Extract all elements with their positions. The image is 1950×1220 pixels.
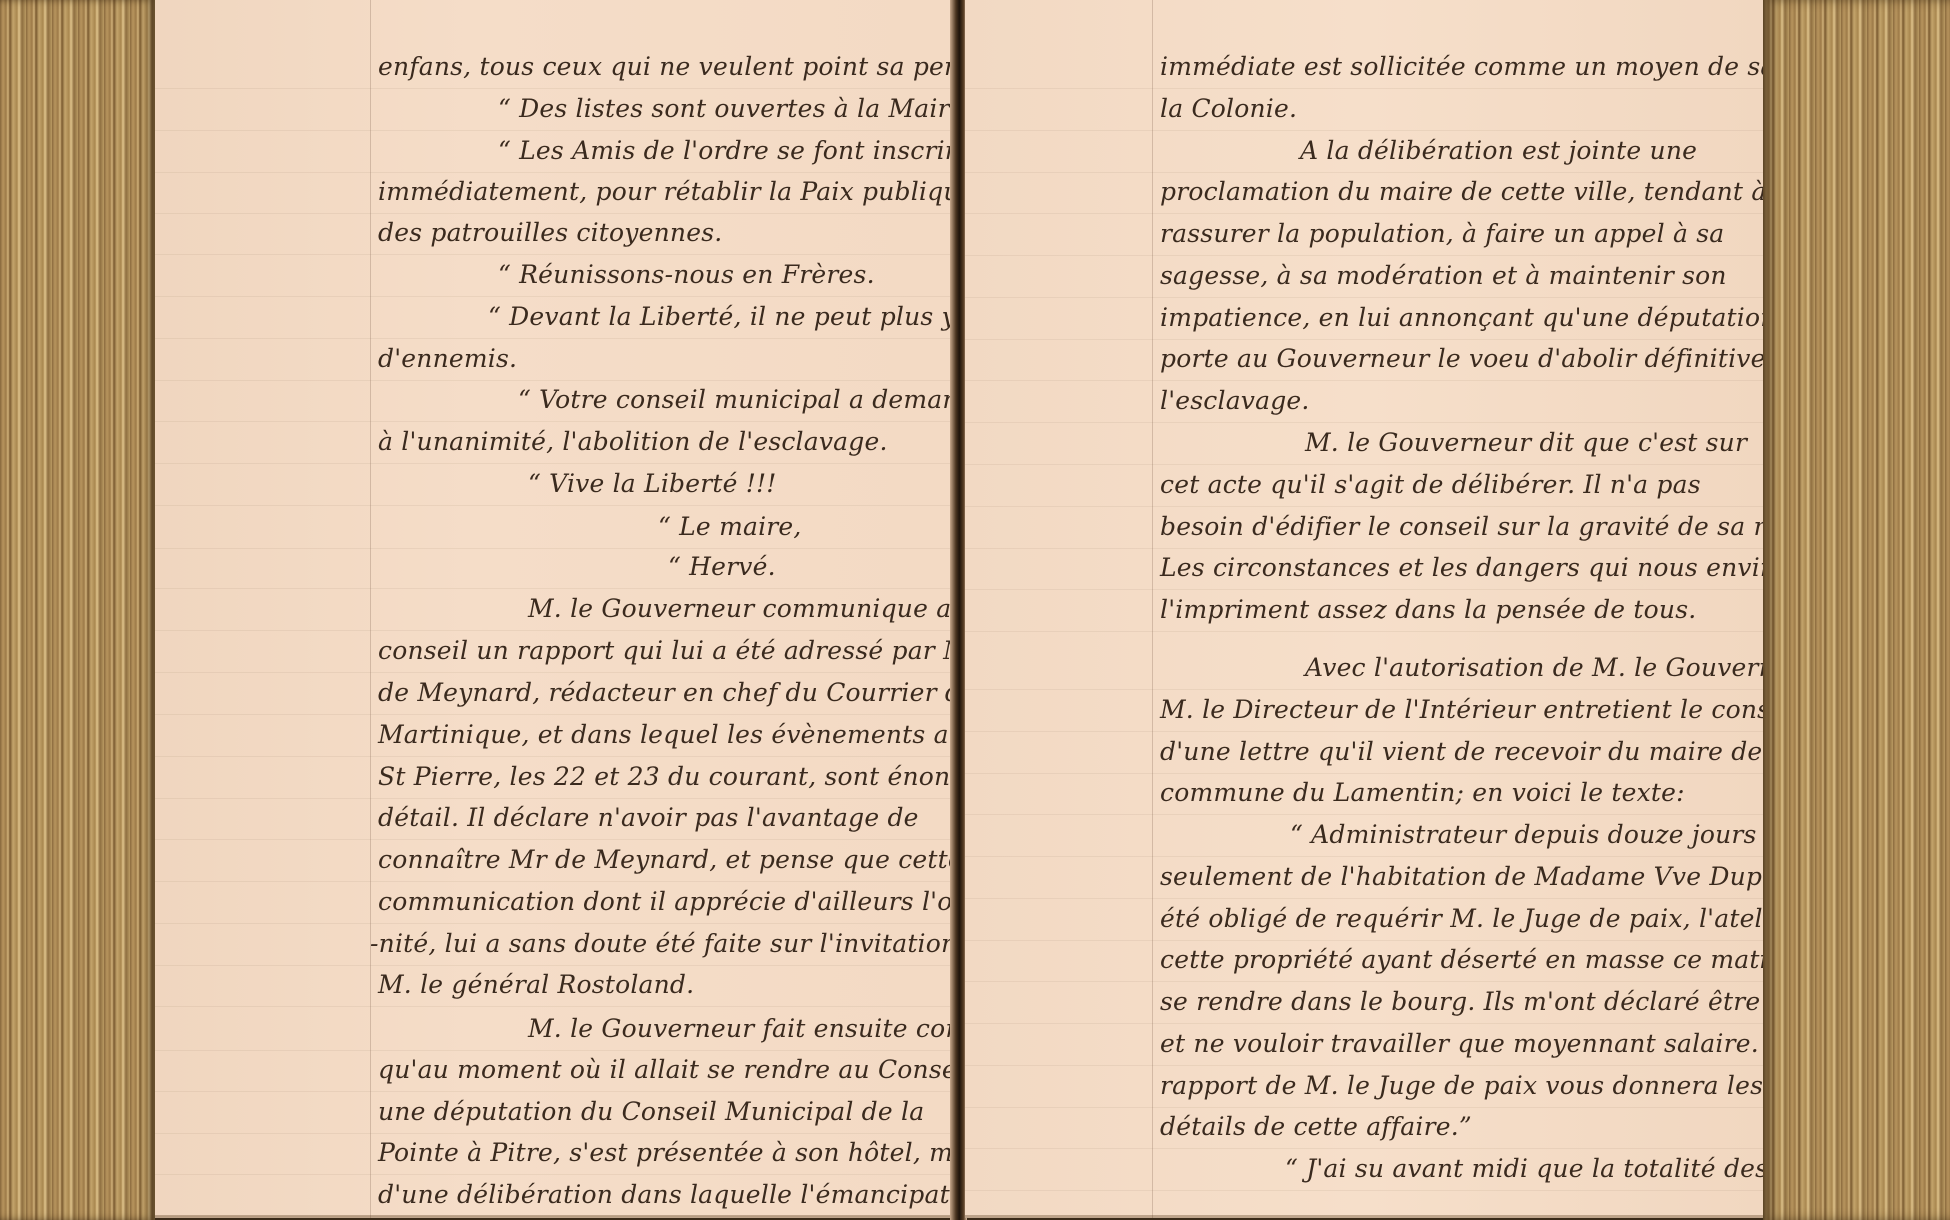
right-margin-rule — [1152, 0, 1153, 1218]
manuscript-line: enfans, tous ceux qui ne veulent point s… — [378, 52, 990, 81]
manuscript-line: immédiatement, pour rétablir la Paix pub… — [378, 177, 1026, 206]
manuscript-line: proclamation du maire de cette ville, te… — [1160, 177, 1766, 206]
manuscript-line: communication dont il apprécie d'ailleur… — [378, 887, 1048, 916]
open-register-book: enfans, tous ceux qui ne veulent point s… — [0, 0, 1950, 1220]
manuscript-line: Pointe à Pitre, s'est présentée à son hô… — [378, 1138, 1009, 1167]
manuscript-line: “ Les Amis de l'ordre se font inscrire, — [498, 136, 980, 165]
manuscript-line: “ Vive la Liberté !!! — [528, 469, 777, 498]
manuscript-line: impatience, en lui annonçant qu'une dépu… — [1160, 303, 1777, 332]
right-page-text: immédiate est sollicitée comme un moyen … — [1160, 0, 1760, 1218]
manuscript-line: une députation du Conseil Municipal de l… — [378, 1097, 924, 1126]
right-page-edges — [1763, 0, 1950, 1220]
manuscript-line: Avec l'autorisation de M. le Gouverneur, — [1305, 653, 1824, 682]
manuscript-line: A la délibération est jointe une — [1300, 136, 1697, 165]
manuscript-line: sagesse, à sa modération et à maintenir … — [1160, 261, 1727, 290]
manuscript-line: seulement de l'habitation de Madame Vve … — [1160, 862, 1844, 891]
manuscript-line: se rendre dans le bourg. Ils m'ont décla… — [1160, 987, 1849, 1016]
manuscript-line: porte au Gouverneur le voeu d'abolir déf… — [1160, 344, 1831, 373]
manuscript-line: d'ennemis. — [378, 344, 517, 373]
manuscript-line: cette propriété ayant déserté en masse c… — [1160, 945, 1852, 974]
manuscript-line: “ Des listes sont ouvertes à la Mairie. — [498, 94, 981, 123]
manuscript-line: “ Votre conseil municipal a demandé, — [518, 385, 998, 414]
manuscript-line: M. le Directeur de l'Intérieur entretien… — [1160, 695, 1802, 724]
left-page-text: enfans, tous ceux qui ne veulent point s… — [378, 0, 948, 1218]
manuscript-line: M. le Gouverneur communique au — [528, 594, 968, 623]
left-page: enfans, tous ceux qui ne veulent point s… — [155, 0, 952, 1218]
manuscript-line: détails de cette affaire.” — [1160, 1112, 1472, 1141]
manuscript-line: et ne vouloir travailler que moyennant s… — [1160, 1029, 1799, 1058]
manuscript-line: M. le général Rostoland. — [378, 970, 694, 999]
manuscript-line: de Meynard, rédacteur en chef du Courrie… — [378, 678, 1008, 707]
manuscript-line: Martinique, et dans lequel les évènement… — [378, 720, 1047, 749]
manuscript-line: commune du Lamentin; en voici le texte: — [1160, 778, 1685, 807]
manuscript-line: d'une délibération dans laquelle l'émanc… — [378, 1180, 990, 1209]
manuscript-line: à l'unanimité, l'abolition de l'esclavag… — [378, 427, 888, 456]
manuscript-line: la Colonie. — [1160, 94, 1297, 123]
manuscript-line: d'une lettre qu'il vient de recevoir du … — [1160, 737, 1794, 766]
manuscript-line: “ Le maire, — [658, 512, 802, 541]
manuscript-line: “ Réunissons-nous en Frères. — [498, 260, 875, 289]
left-page-bottom-edge — [155, 1215, 952, 1218]
left-page-edges — [0, 0, 155, 1220]
manuscript-line: -nité, lui a sans doute été faite sur l'… — [370, 929, 997, 958]
right-page-bottom-edge — [965, 1215, 1763, 1218]
manuscript-line: l'impriment assez dans la pensée de tous… — [1160, 595, 1696, 624]
manuscript-line: détail. Il déclare n'avoir pas l'avantag… — [378, 803, 919, 832]
manuscript-line: rapport de M. le Juge de paix vous donne… — [1160, 1071, 1763, 1100]
manuscript-line: M. le Gouverneur dit que c'est sur — [1305, 428, 1747, 457]
manuscript-line: “ Hervé. — [668, 552, 776, 581]
manuscript-line: “ Devant la Liberté, il ne peut plus y a… — [488, 302, 1029, 331]
manuscript-line: l'esclavage. — [1160, 386, 1310, 415]
manuscript-line: qu'au moment où il allait se rendre au C… — [378, 1055, 981, 1084]
manuscript-line: connaître Mr de Meynard, et pense que ce… — [378, 845, 963, 874]
manuscript-line: conseil un rapport qui lui a été adressé… — [378, 636, 981, 665]
manuscript-line: été obligé de requérir M. le Juge de pai… — [1160, 904, 1837, 933]
manuscript-line: rassurer la population, à faire un appel… — [1160, 219, 1724, 248]
manuscript-line: cet acte qu'il s'agit de délibérer. Il n… — [1160, 470, 1701, 499]
manuscript-line: “ J'ai su avant midi que la totalité des — [1285, 1154, 1768, 1183]
left-margin-rule — [370, 0, 371, 1218]
manuscript-line: besoin d'édifier le conseil sur la gravi… — [1160, 512, 1860, 541]
manuscript-line: “ Administrateur depuis douze jours — [1290, 820, 1757, 849]
manuscript-line: des patrouilles citoyennes. — [378, 218, 722, 247]
right-page: immédiate est sollicitée comme un moyen … — [965, 0, 1763, 1218]
